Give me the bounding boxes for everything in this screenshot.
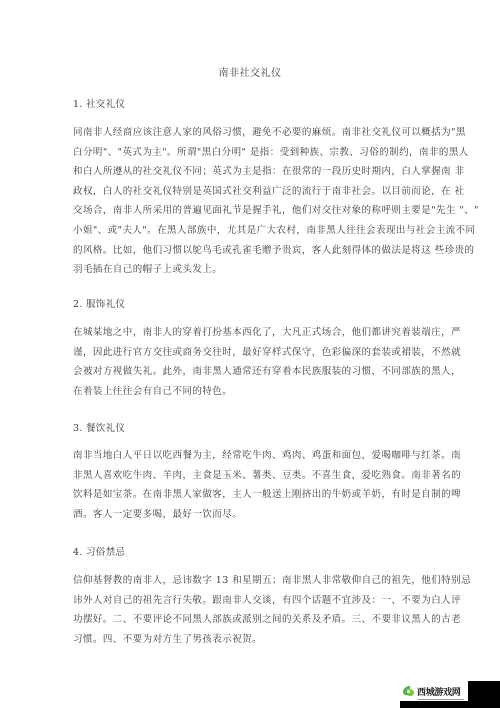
watermark-underline — [418, 699, 464, 700]
watermark-black-strip — [400, 701, 500, 708]
text-line: 会被对方视做失礼。此外，南非黑人通常还有穿着本民族服装的习惯，不同部族的黑人， — [73, 362, 429, 382]
text-line: 政权，白人的社交礼仪特别是英国式社交利益广泛的流行于南非社会。以目前而论，在 社 — [73, 182, 429, 202]
text-line: 非黑人喜欢吃牛肉、羊肉，主食是玉米、薯类、豆类。不喜生食，爱吃熟食。南非著名的 — [73, 466, 429, 486]
leaf-logo-icon — [402, 685, 415, 698]
text-line: 和白人所遵从的社交礼仪不同；英式为主是指：在很常的一段历史时期内，白人掌握南 非 — [73, 162, 429, 182]
paragraph-social-etiquette: 同南非人经商应该注意人家的风俗习惯，避免不必要的麻烦。南非社交礼仪可以概括为"黑… — [73, 123, 429, 280]
text-line: 南非当地白人平日以吃西餐为主，经常吃牛肉、鸡肉、鸡蛋和面包，爱喝咖啡与红茶。南 — [73, 446, 429, 466]
text-line: 在城某地之中，南非人的穿着打扮基本西化了，大凡正式场合，他们都讲究着装端庄，严 — [73, 323, 429, 343]
watermark: 西城游戏网 — [400, 681, 500, 708]
text-line: 交场合，南非人所采用的普遍见面礼节是握手礼，他们对交往对象的称呼则主要是"先生 … — [73, 201, 429, 221]
text-line: 羽毛插在自己的帽子上或头发上。 — [73, 260, 429, 280]
section-heading-dress-etiquette: 2. 服饰礼仪 — [73, 296, 125, 310]
text-line: 讳外人对自己的祖先言行失敬。跟南非人交谈，有四个话题不宜涉及：一、不要为白人评 — [73, 591, 429, 611]
paragraph-customs-taboos: 信仰基督教的南非人，忌讳数字 13 和星期五；南非黑人非常敬仰自己的祖先，他们特… — [73, 571, 429, 649]
text-line: 习惯。四、不要为对方生了男孩表示祝贺。 — [73, 630, 429, 650]
watermark-badge: 西城游戏网 — [400, 681, 468, 701]
document-title: 南非社交礼仪 — [0, 64, 500, 79]
text-line: 谨，因此进行官方交往或商务交往时，最好穿样式保守，色彩偏深的套装或裙装，不然就 — [73, 343, 429, 363]
paragraph-dining-etiquette: 南非当地白人平日以吃西餐为主，经常吃牛肉、鸡肉、鸡蛋和面包，爱喝咖啡与红茶。南 … — [73, 446, 429, 524]
text-line: 饮料是如宝茶。在南非黑人家做客，主人一般送上刚挤出的牛奶或羊奶，有时是自制的啤 — [73, 485, 429, 505]
text-line: 信仰基督教的南非人，忌讳数字 13 和星期五；南非黑人非常敬仰自己的祖先，他们特… — [73, 571, 429, 591]
text-line: 白分明"、"英式为主"。所谓"黑白分明" 是指：受到种族、宗教、习俗的制约，南非… — [73, 143, 429, 163]
text-line: 同南非人经商应该注意人家的风俗习惯，避免不必要的麻烦。南非社交礼仪可以概括为"黑 — [73, 123, 429, 143]
text-line: 功摆好。二、不要评论不同黑人部族或派别之间的关系及矛盾。三、不要非议黑人的古老 — [73, 610, 429, 630]
text-line: 的风格。比如，他们习惯以鸵鸟毛或孔雀毛赠予贵宾，客人此刻得体的做法是将这 些珍贵… — [73, 241, 429, 261]
section-heading-social-etiquette: 1. 社交礼仪 — [73, 96, 125, 110]
paragraph-dress-etiquette: 在城某地之中，南非人的穿着打扮基本西化了，大凡正式场合，他们都讲究着装端庄，严 … — [73, 323, 429, 401]
text-line: 在着装上往往会有自己不同的特色。 — [73, 382, 429, 402]
text-line: 小姐"、或"夫人"。在黑人部族中，尤其是广大农村，南非黑人往往会表现出与社会主流… — [73, 221, 429, 241]
section-heading-dining-etiquette: 3. 餐饮礼仪 — [73, 420, 125, 434]
section-heading-customs-taboos: 4. 习俗禁忌 — [73, 544, 125, 558]
watermark-text: 西城游戏网 — [417, 685, 461, 698]
document-page: 南非社交礼仪 1. 社交礼仪 同南非人经商应该注意人家的风俗习惯，避免不必要的麻… — [0, 0, 500, 708]
text-line: 酒。客人一定要多喝，最好一饮而尽。 — [73, 505, 429, 525]
